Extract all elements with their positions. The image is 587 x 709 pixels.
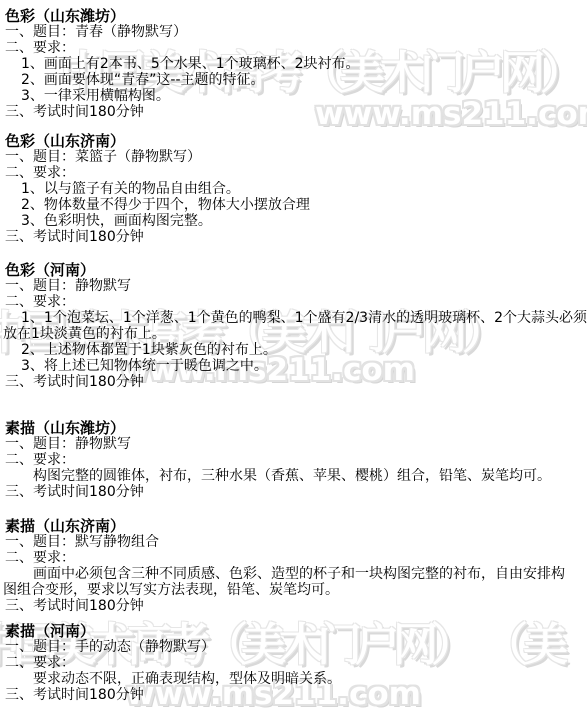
section-line: 1、以与篮子有关的物品自由组合。 bbox=[0, 181, 587, 197]
section-line: 二、要求： bbox=[0, 40, 587, 56]
section-title: 素描（河南） bbox=[0, 623, 587, 639]
section-line: 二、要求： bbox=[0, 165, 587, 181]
section-line: 二、要求： bbox=[0, 452, 587, 468]
section-line: 3、色彩明快，画面构图完整。 bbox=[0, 213, 587, 229]
section-line: 2、画面要体现“青春”这--主题的特征。 bbox=[0, 72, 587, 88]
section-line: 3、将上述已知物体统一于暖色调之中。 bbox=[0, 358, 587, 374]
section-line: 一、题目：青春（静物默写） bbox=[0, 24, 587, 40]
section-title: 色彩（山东济南） bbox=[0, 133, 587, 149]
section-line: 三、考试时间180分钟 bbox=[0, 484, 587, 500]
exam-requirements-page: { "page": { "background_color": "#ffffff… bbox=[0, 0, 587, 709]
section-line: 要求动态不限，正确表现结构，型体及明暗关系。 bbox=[0, 671, 587, 687]
section-line: 三、考试时间180分钟 bbox=[0, 104, 587, 120]
section-line: 图组合变形，要求以写实方法表现，铅笔、炭笔均可。 bbox=[0, 582, 587, 598]
section-line: 二、要求： bbox=[0, 294, 587, 310]
section-title: 色彩（山东潍坊） bbox=[0, 8, 587, 24]
section-line: 三、考试时间180分钟 bbox=[0, 687, 587, 703]
section-line: 一、题目：静物默写 bbox=[0, 278, 587, 294]
document-content: 色彩（山东潍坊）一、题目：青春（静物默写）二、要求：1、画面上有2本书、5个水果… bbox=[0, 0, 587, 703]
section-line: 三、考试时间180分钟 bbox=[0, 374, 587, 390]
section-line: 三、考试时间180分钟 bbox=[0, 229, 587, 245]
section-line: 一、题目：手的动态（静物默写） bbox=[0, 639, 587, 655]
section-line: 2、上述物体都置于1块紫灰色的衬布上。 bbox=[0, 342, 587, 358]
exam-section: 素描（山东潍坊）一、题目：静物默写二、要求：构图完整的圆锥体，衬布，三种水果（香… bbox=[0, 420, 587, 500]
exam-section: 素描（山东济南）一、题目：默写静物组合二、要求：画面中必须包含三种不同质感、色彩… bbox=[0, 518, 587, 614]
section-line: 一、题目：默写静物组合 bbox=[0, 534, 587, 550]
exam-section: 色彩（河南）一、题目：静物默写二、要求：1、1个泡菜坛、1个洋葱、1个黄色的鸭梨… bbox=[0, 262, 587, 390]
section-line: 一、题目：菜篮子（静物默写） bbox=[0, 149, 587, 165]
exam-section: 色彩（山东潍坊）一、题目：青春（静物默写）二、要求：1、画面上有2本书、5个水果… bbox=[0, 8, 587, 120]
section-title: 色彩（河南） bbox=[0, 262, 587, 278]
section-title: 素描（山东济南） bbox=[0, 518, 587, 534]
section-line: 二、要求： bbox=[0, 655, 587, 671]
exam-section: 素描（河南）一、题目：手的动态（静物默写）二、要求：要求动态不限，正确表现结构，… bbox=[0, 623, 587, 703]
section-line: 二、要求： bbox=[0, 550, 587, 566]
section-line: 1、1个泡菜坛、1个洋葱、1个黄色的鸭梨、1个盛有2/3清水的透明玻璃杯、2个大… bbox=[0, 310, 587, 326]
section-title: 素描（山东潍坊） bbox=[0, 420, 587, 436]
section-line: 画面中必须包含三种不同质感、色彩、造型的杯子和一块构图完整的衬布，自由安排构 bbox=[0, 566, 587, 582]
section-line: 一、题目：静物默写 bbox=[0, 436, 587, 452]
section-line: 3、一律采用横幅构图。 bbox=[0, 88, 587, 104]
section-line: 放在1块淡黄色的衬布上。 bbox=[0, 326, 587, 342]
exam-section: 色彩（山东济南）一、题目：菜篮子（静物默写）二、要求：1、以与篮子有关的物品自由… bbox=[0, 133, 587, 245]
section-line: 三、考试时间180分钟 bbox=[0, 598, 587, 614]
section-line: 2、物体数量不得少于四个，物体大小摆放合理 bbox=[0, 197, 587, 213]
section-line: 构图完整的圆锥体，衬布，三种水果（香蕉、苹果、樱桃）组合，铅笔、炭笔均可。 bbox=[0, 468, 587, 484]
section-line: 1、画面上有2本书、5个水果、1个玻璃杯、2块衬布。 bbox=[0, 56, 587, 72]
